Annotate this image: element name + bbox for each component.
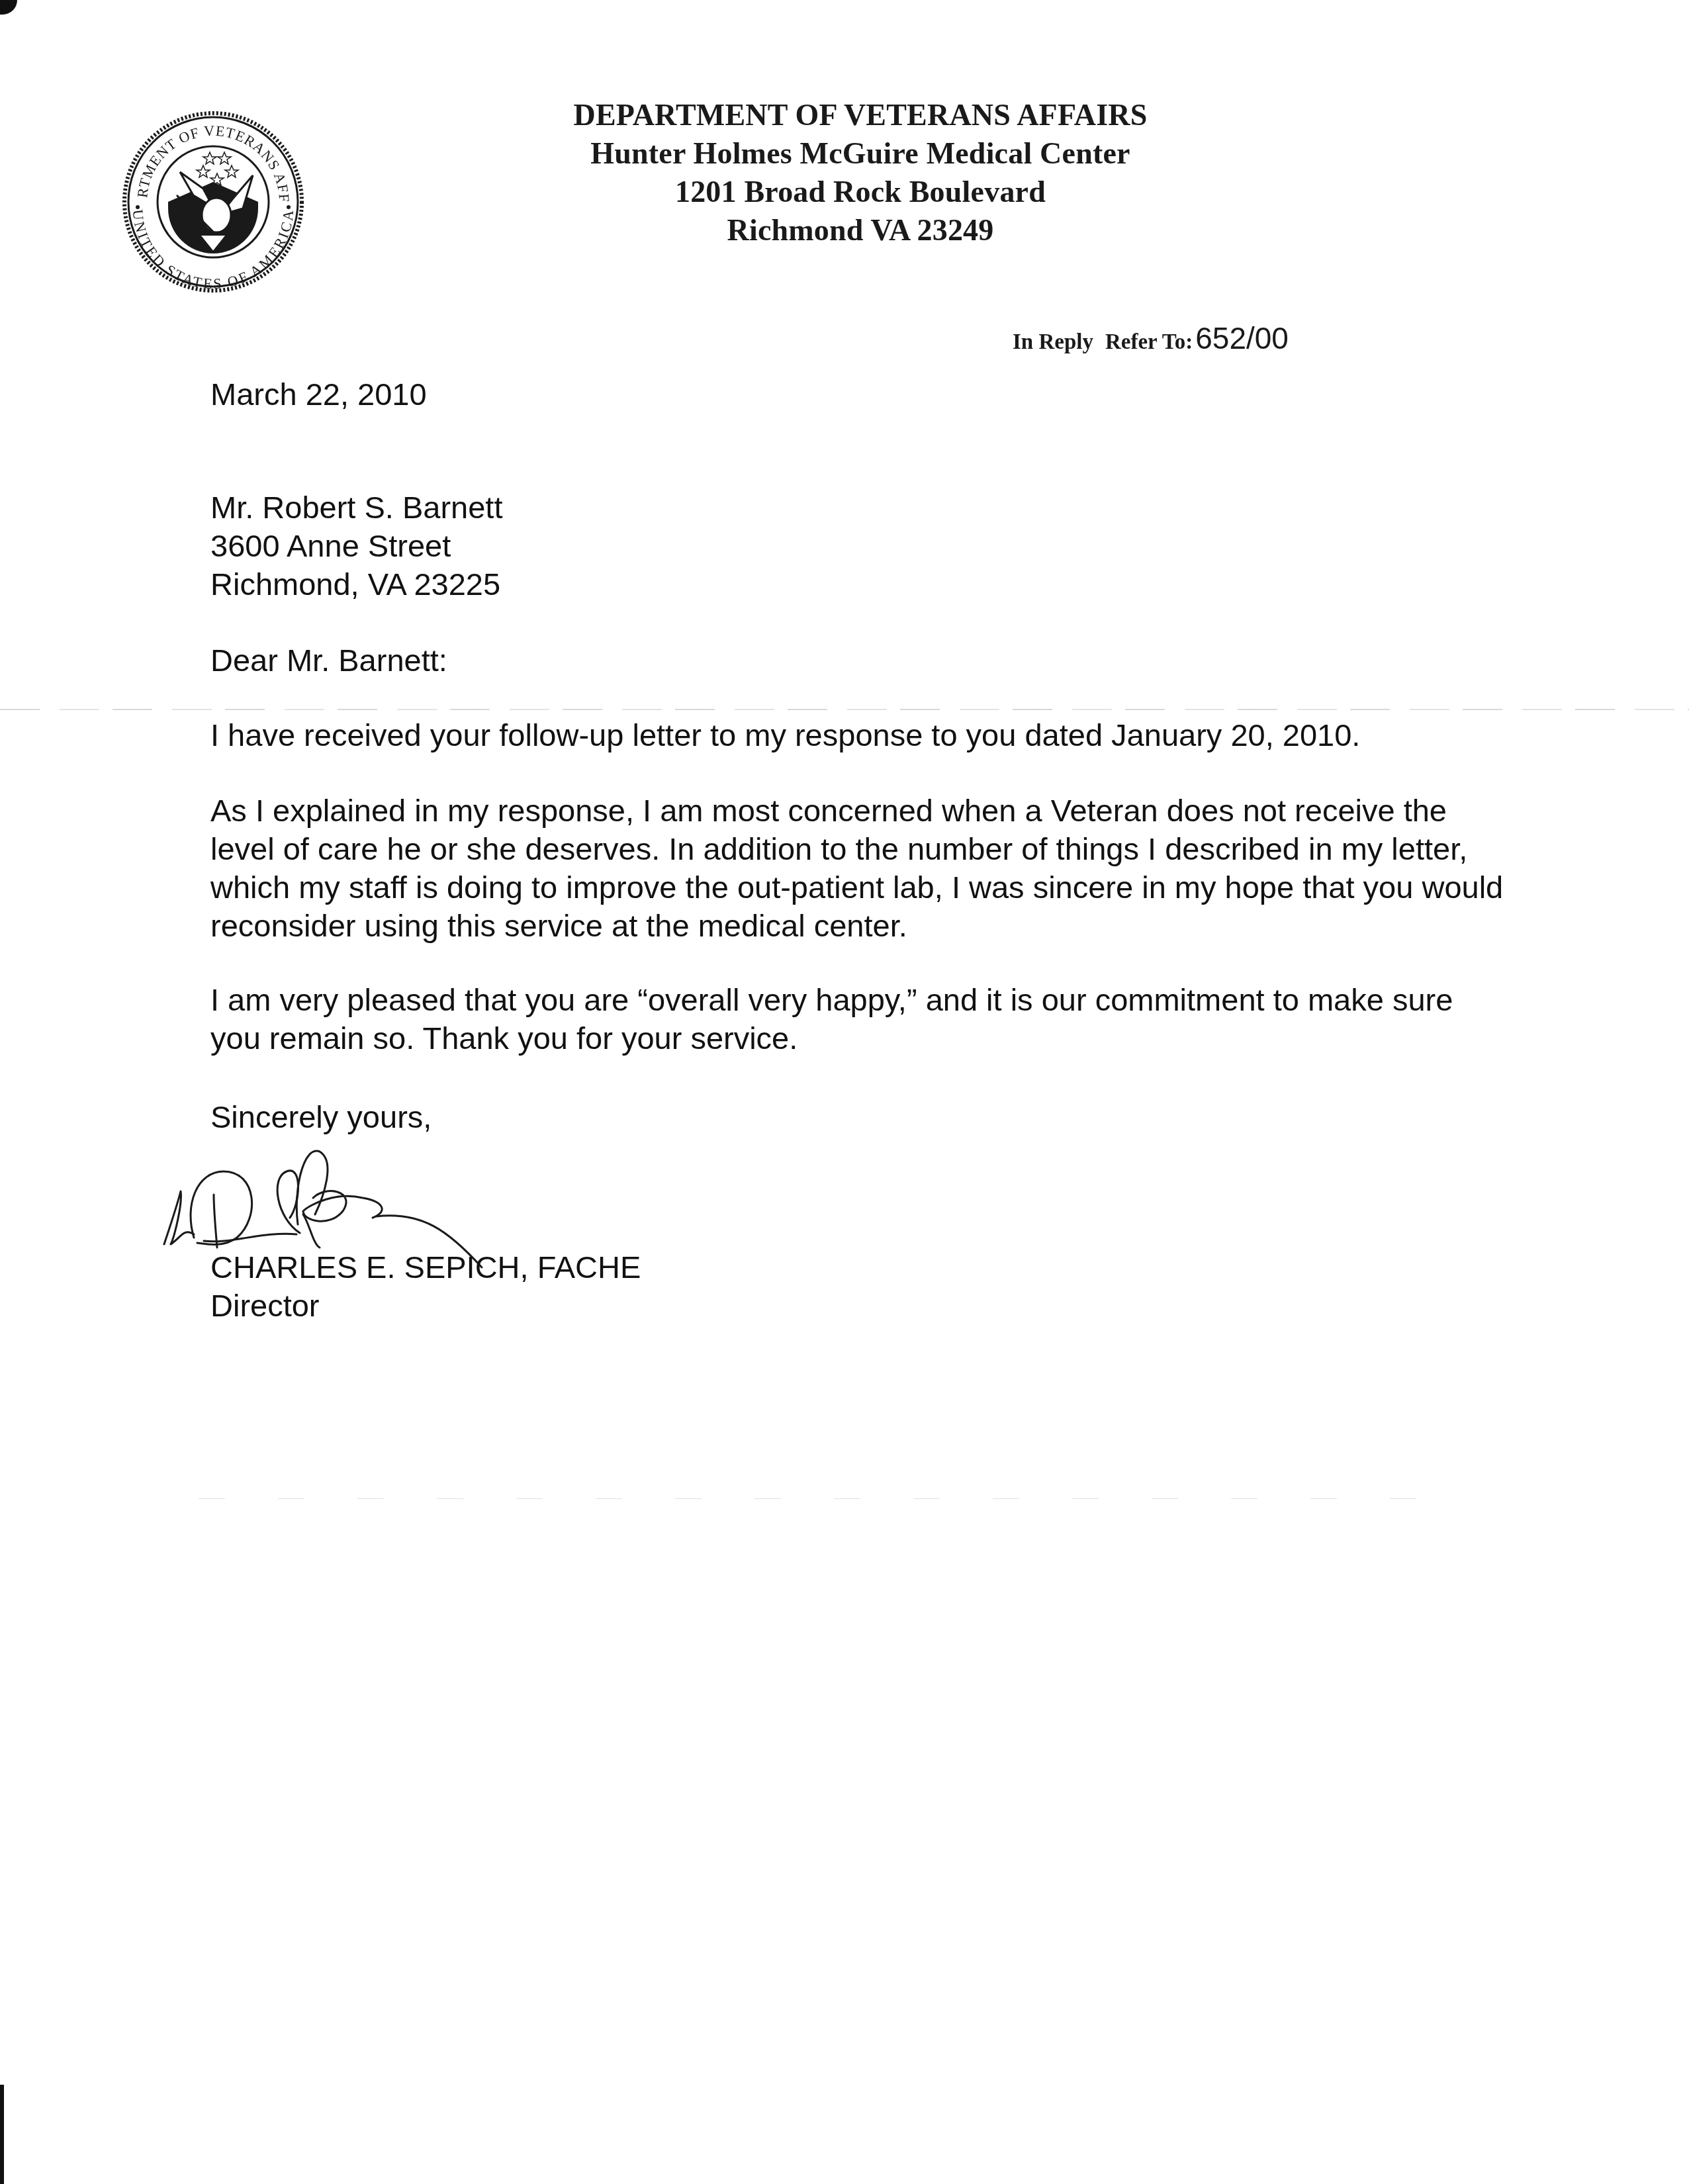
signer-name: CHARLES E. SEPICH, FACHE	[210, 1248, 641, 1287]
letterhead: DEPARTMENT OF VETERANS AFFAIRS Hunter Ho…	[463, 96, 1257, 250]
letterhead-street: 1201 Broad Rock Boulevard	[463, 173, 1257, 211]
salutation: Dear Mr. Barnett:	[210, 642, 447, 678]
scan-edge-mark	[0, 2085, 4, 2184]
signer-block: CHARLES E. SEPICH, FACHE Director	[210, 1248, 641, 1325]
recipient-address: Mr. Robert S. Barnett 3600 Anne Street R…	[210, 488, 502, 604]
va-seal-icon: DEPARTMENT OF VETERANS AFFAIRS UNITED ST…	[120, 109, 306, 295]
body-paragraph-2: As I explained in my response, I am most…	[210, 792, 1508, 945]
scan-corner-mark	[0, 0, 17, 15]
signer-title: Director	[210, 1287, 641, 1325]
reply-reference-value: 652/00	[1195, 321, 1289, 355]
body-paragraph-1: I have received your follow-up letter to…	[210, 716, 1508, 754]
letterhead-department: DEPARTMENT OF VETERANS AFFAIRS	[463, 96, 1257, 134]
reply-reference-label-1: In Reply	[1013, 330, 1093, 354]
recipient-street: 3600 Anne Street	[210, 527, 502, 565]
letter-page: DEPARTMENT OF VETERANS AFFAIRS UNITED ST…	[0, 0, 1689, 2184]
reply-reference-label-2: Refer To:	[1105, 330, 1193, 354]
fold-crease	[0, 709, 1689, 710]
fold-crease-lower	[199, 1498, 1456, 1499]
closing: Sincerely yours,	[210, 1099, 432, 1135]
recipient-name: Mr. Robert S. Barnett	[210, 488, 502, 527]
letter-date: March 22, 2010	[210, 376, 427, 412]
letterhead-city: Richmond VA 23249	[463, 211, 1257, 250]
reply-reference: In ReplyRefer To: 652/00	[1013, 320, 1289, 356]
letterhead-facility: Hunter Holmes McGuire Medical Center	[463, 134, 1257, 173]
recipient-city-state-zip: Richmond, VA 23225	[210, 565, 502, 604]
body-paragraph-3: I am very pleased that you are “overall …	[210, 981, 1508, 1058]
